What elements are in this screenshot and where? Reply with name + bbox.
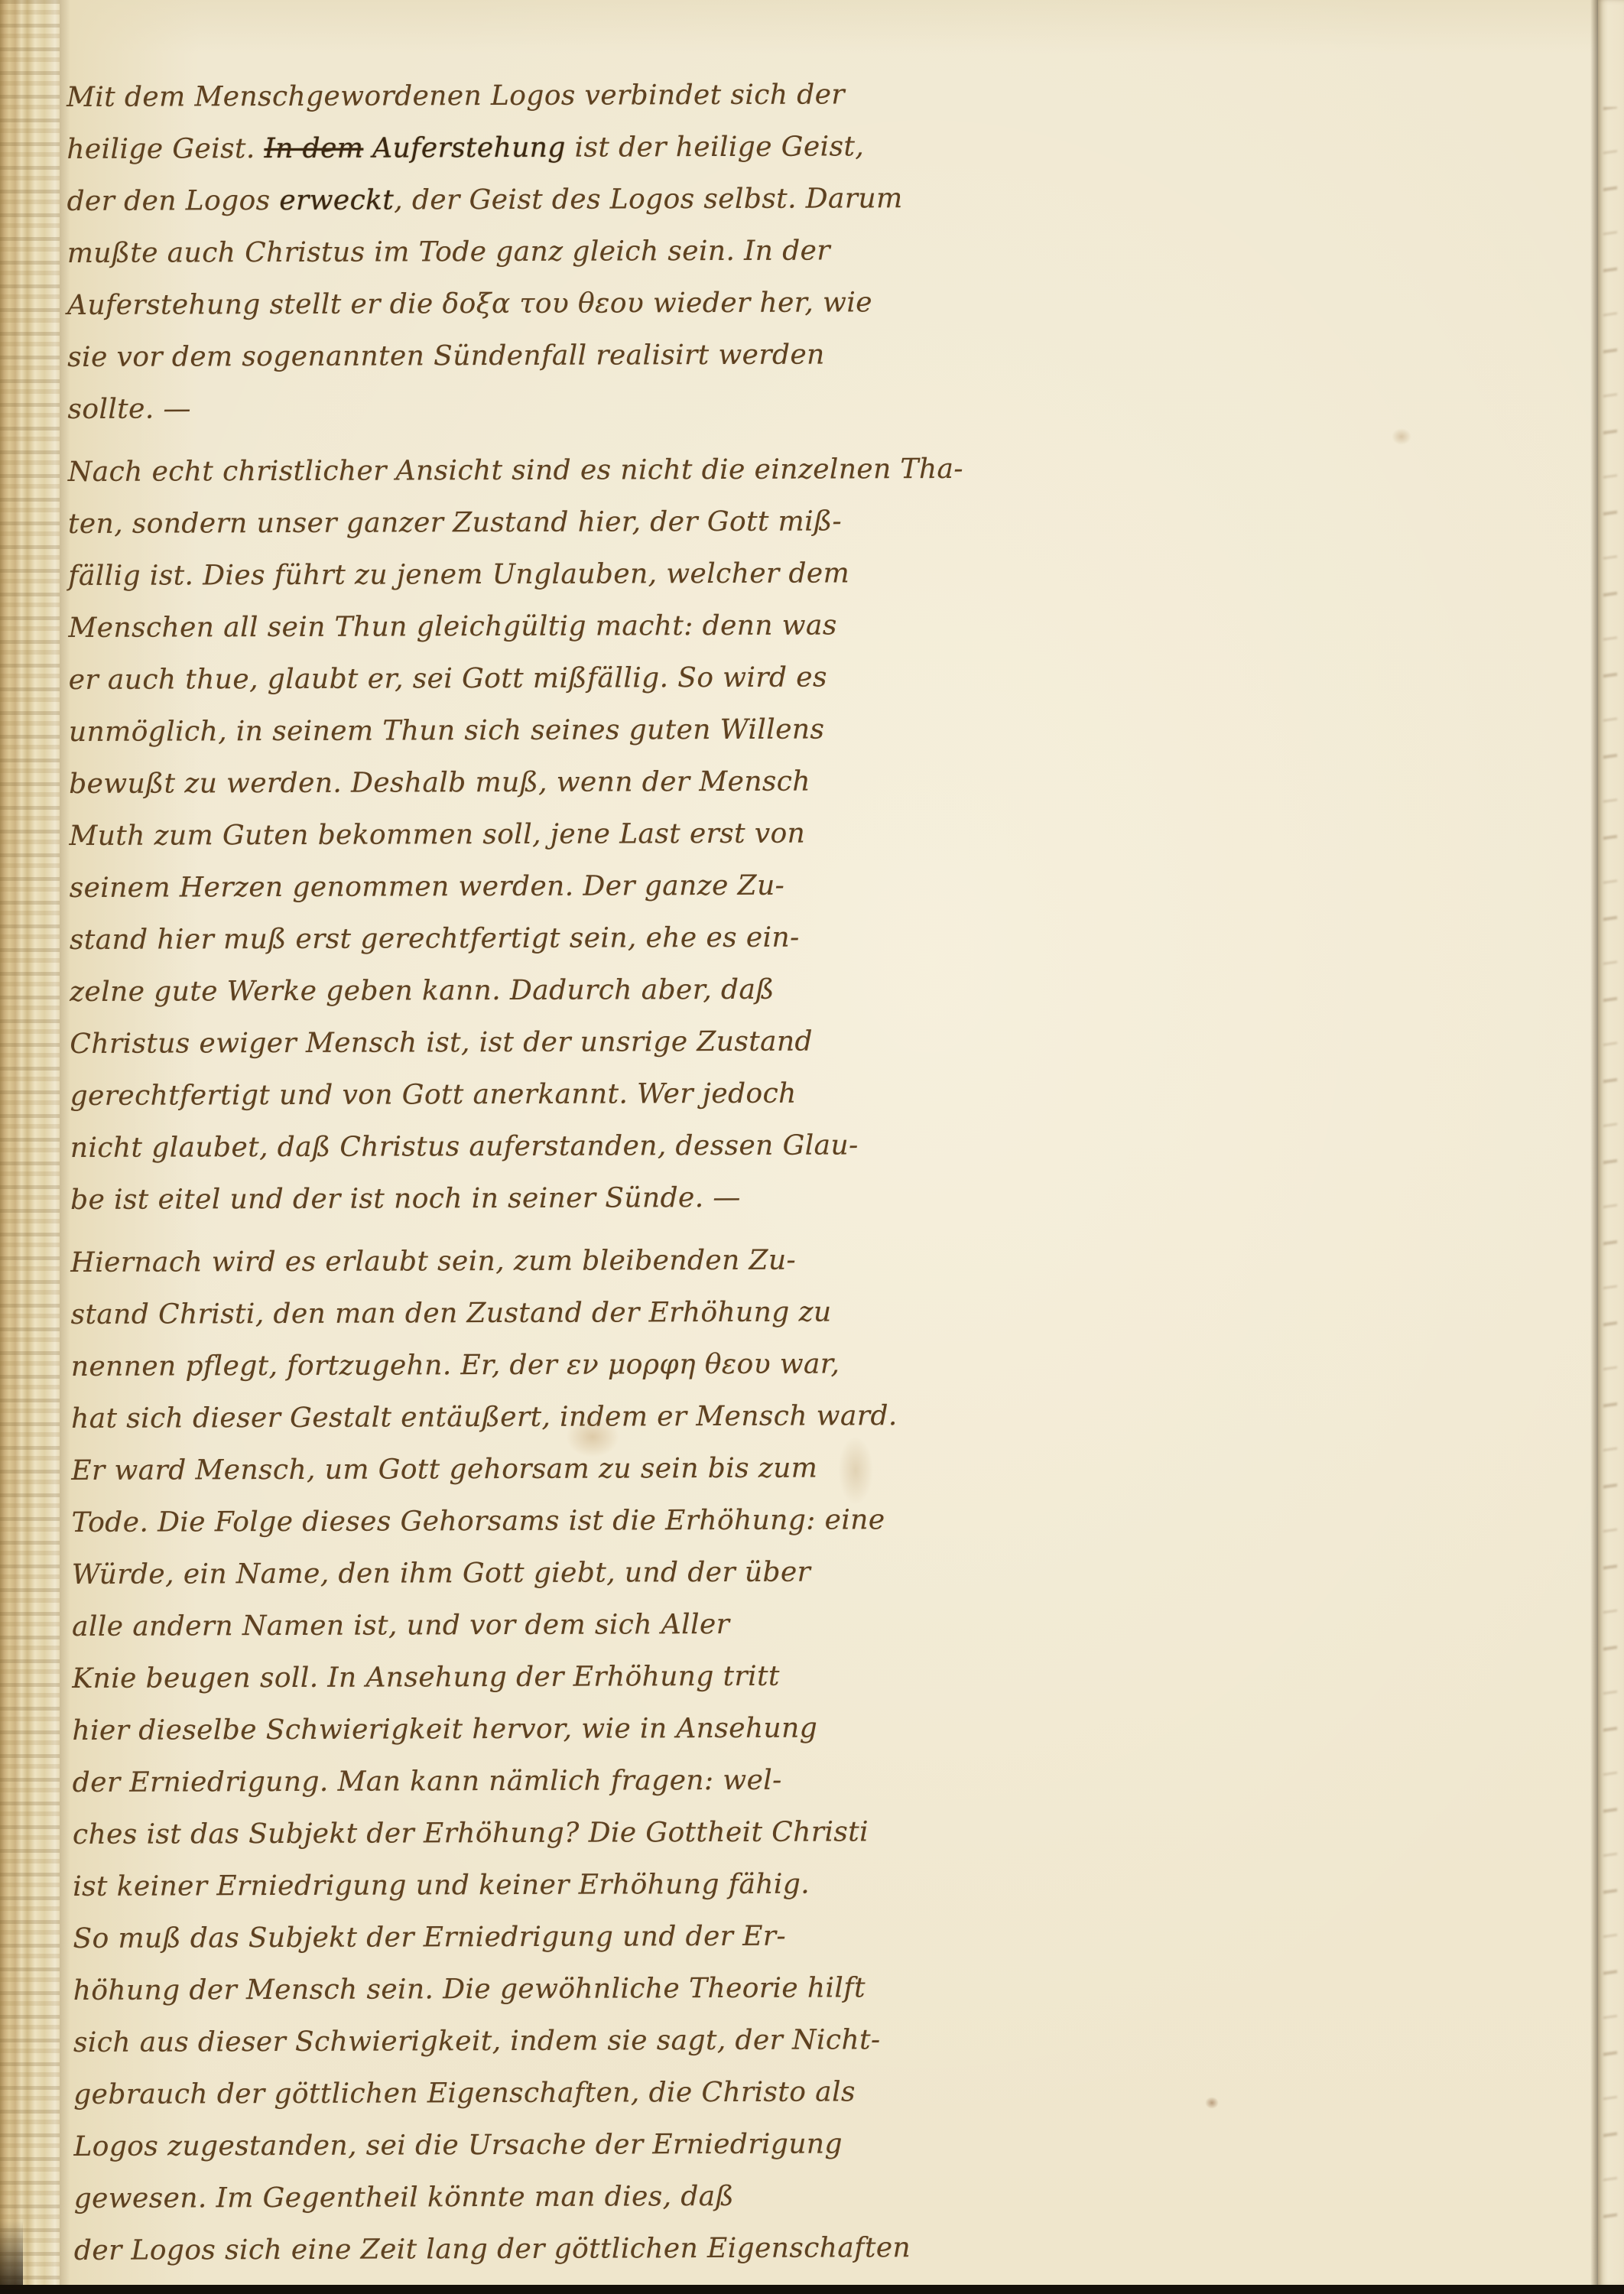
photo-backdrop [0,2285,1624,2294]
manuscript-line: höhung der Mensch sein. Die gewöhnliche … [73,1962,930,2017]
manuscript-line: der Erniedrigung. Man kann nämlich frage… [73,1754,929,1809]
manuscript-line: gebrauch der göttlichen Eigenschaften, d… [73,2066,930,2121]
manuscript-line: gerechtfertigt und von Gott anerkannt. W… [70,1067,927,1123]
manuscript-line: Nach echt christlicher Ansicht sind es n… [68,444,924,499]
photo-backdrop-corner [0,2221,23,2289]
manuscript-line: der Logos sich eine Zeit lang der göttli… [74,2222,931,2277]
manuscript-line: Menschen all sein Thun gleichgültig mach… [68,599,924,655]
manuscript-line: Logos zugestanden, sei die Ursache der E… [73,2118,930,2173]
page-edge-shadow [1590,0,1598,2286]
manuscript-line: Muth zum Guten bekommen soll, jene Last … [69,807,925,863]
manuscript-line: Christus ewiger Mensch ist, ist der unsr… [70,1015,926,1071]
manuscript-line: stand hier muß erst gerechtfertigt sein,… [70,911,926,967]
manuscript-line: ten, sondern unser ganzer Zustand hier, … [68,496,924,551]
manuscript-line: Knie beugen soll. In Ansehung der Erhöhu… [72,1650,928,1705]
adjacent-page-edge [1598,0,1624,2286]
manuscript-line: alle andern Namen ist, und vor dem sich … [72,1598,928,1653]
manuscript-line: seinem Herzen genommen werden. Der ganze… [70,859,926,915]
manuscript-line: hat sich dieser Gestalt entäußert, indem… [71,1390,927,1445]
manuscript-line: be ist eitel und der ist noch in seiner … [70,1171,927,1227]
manuscript-line: ches ist das Subjekt der Erhöhung? Die G… [73,1806,929,1861]
manuscript-line: Würde, ein Name, den ihm Gott giebt, und… [72,1546,928,1601]
manuscript-line: unmöglich, in seinem Thun sich seines gu… [69,703,925,759]
manuscript-line: der den Logos erweckt, der Geist des Log… [67,173,923,228]
manuscript-line: Er ward Mensch, um Gott gehorsam zu sein… [71,1442,927,1497]
manuscript-text: Mit dem Menschgewordenen Logos verbindet… [67,69,931,2288]
manuscript-line: Auferstehung stellt er die δοξα του θεου… [67,277,924,332]
manuscript-line: sie vor dem sogenannten Sündenfall reali… [67,329,924,384]
manuscript-line: nennen pflegt, fortzugehn. Er, der εν μο… [71,1338,927,1393]
manuscript-line: fällig ist. Dies führt zu jenem Unglaube… [68,548,924,603]
paragraph: Mit dem Menschgewordenen Logos verbindet… [67,69,924,436]
manuscript-line: Mit dem Menschgewordenen Logos verbindet… [67,69,923,124]
paragraph: Hiernach wird es erlaubt sein, zum bleib… [70,1234,931,2277]
manuscript-line: nicht glaubet, daß Christus auferstanden… [70,1119,927,1175]
manuscript-line: Tode. Die Folge dieses Gehorsams ist die… [71,1494,927,1549]
manuscript-line: gewesen. Im Gegentheil könnte man dies, … [74,2170,931,2225]
manuscript-line: Hiernach wird es erlaubt sein, zum bleib… [70,1234,927,1289]
manuscript-line: hier dieselbe Schwierigkeit hervor, wie … [72,1702,928,1757]
manuscript-line: mußte auch Christus im Tode ganz gleich … [67,225,924,280]
manuscript-line: sich aus dieser Schwierigkeit, indem sie… [73,2014,930,2069]
photographed-book-page: Mit dem Menschgewordenen Logos verbindet… [0,0,1624,2294]
paragraph: Nach echt christlicher Ansicht sind es n… [68,444,927,1227]
manuscript-line: So muß das Subjekt der Erniedrigung und … [73,1910,929,1965]
manuscript-line: stand Christi, den man den Zustand der E… [71,1286,927,1341]
manuscript-line: heilige Geist. In dem Auferstehung ist d… [67,121,923,176]
manuscript-line: er auch thue, glaubt er, sei Gott mißfäl… [69,651,925,707]
manuscript-line: ist keiner Erniedrigung und keiner Erhöh… [73,1858,929,1913]
book-binding-edge [0,0,60,2286]
manuscript-line: zelne gute Werke geben kann. Dadurch abe… [70,963,926,1019]
manuscript-line: bewußt zu werden. Deshalb muß, wenn der … [69,755,925,811]
manuscript-line: sollte. — [67,381,924,436]
